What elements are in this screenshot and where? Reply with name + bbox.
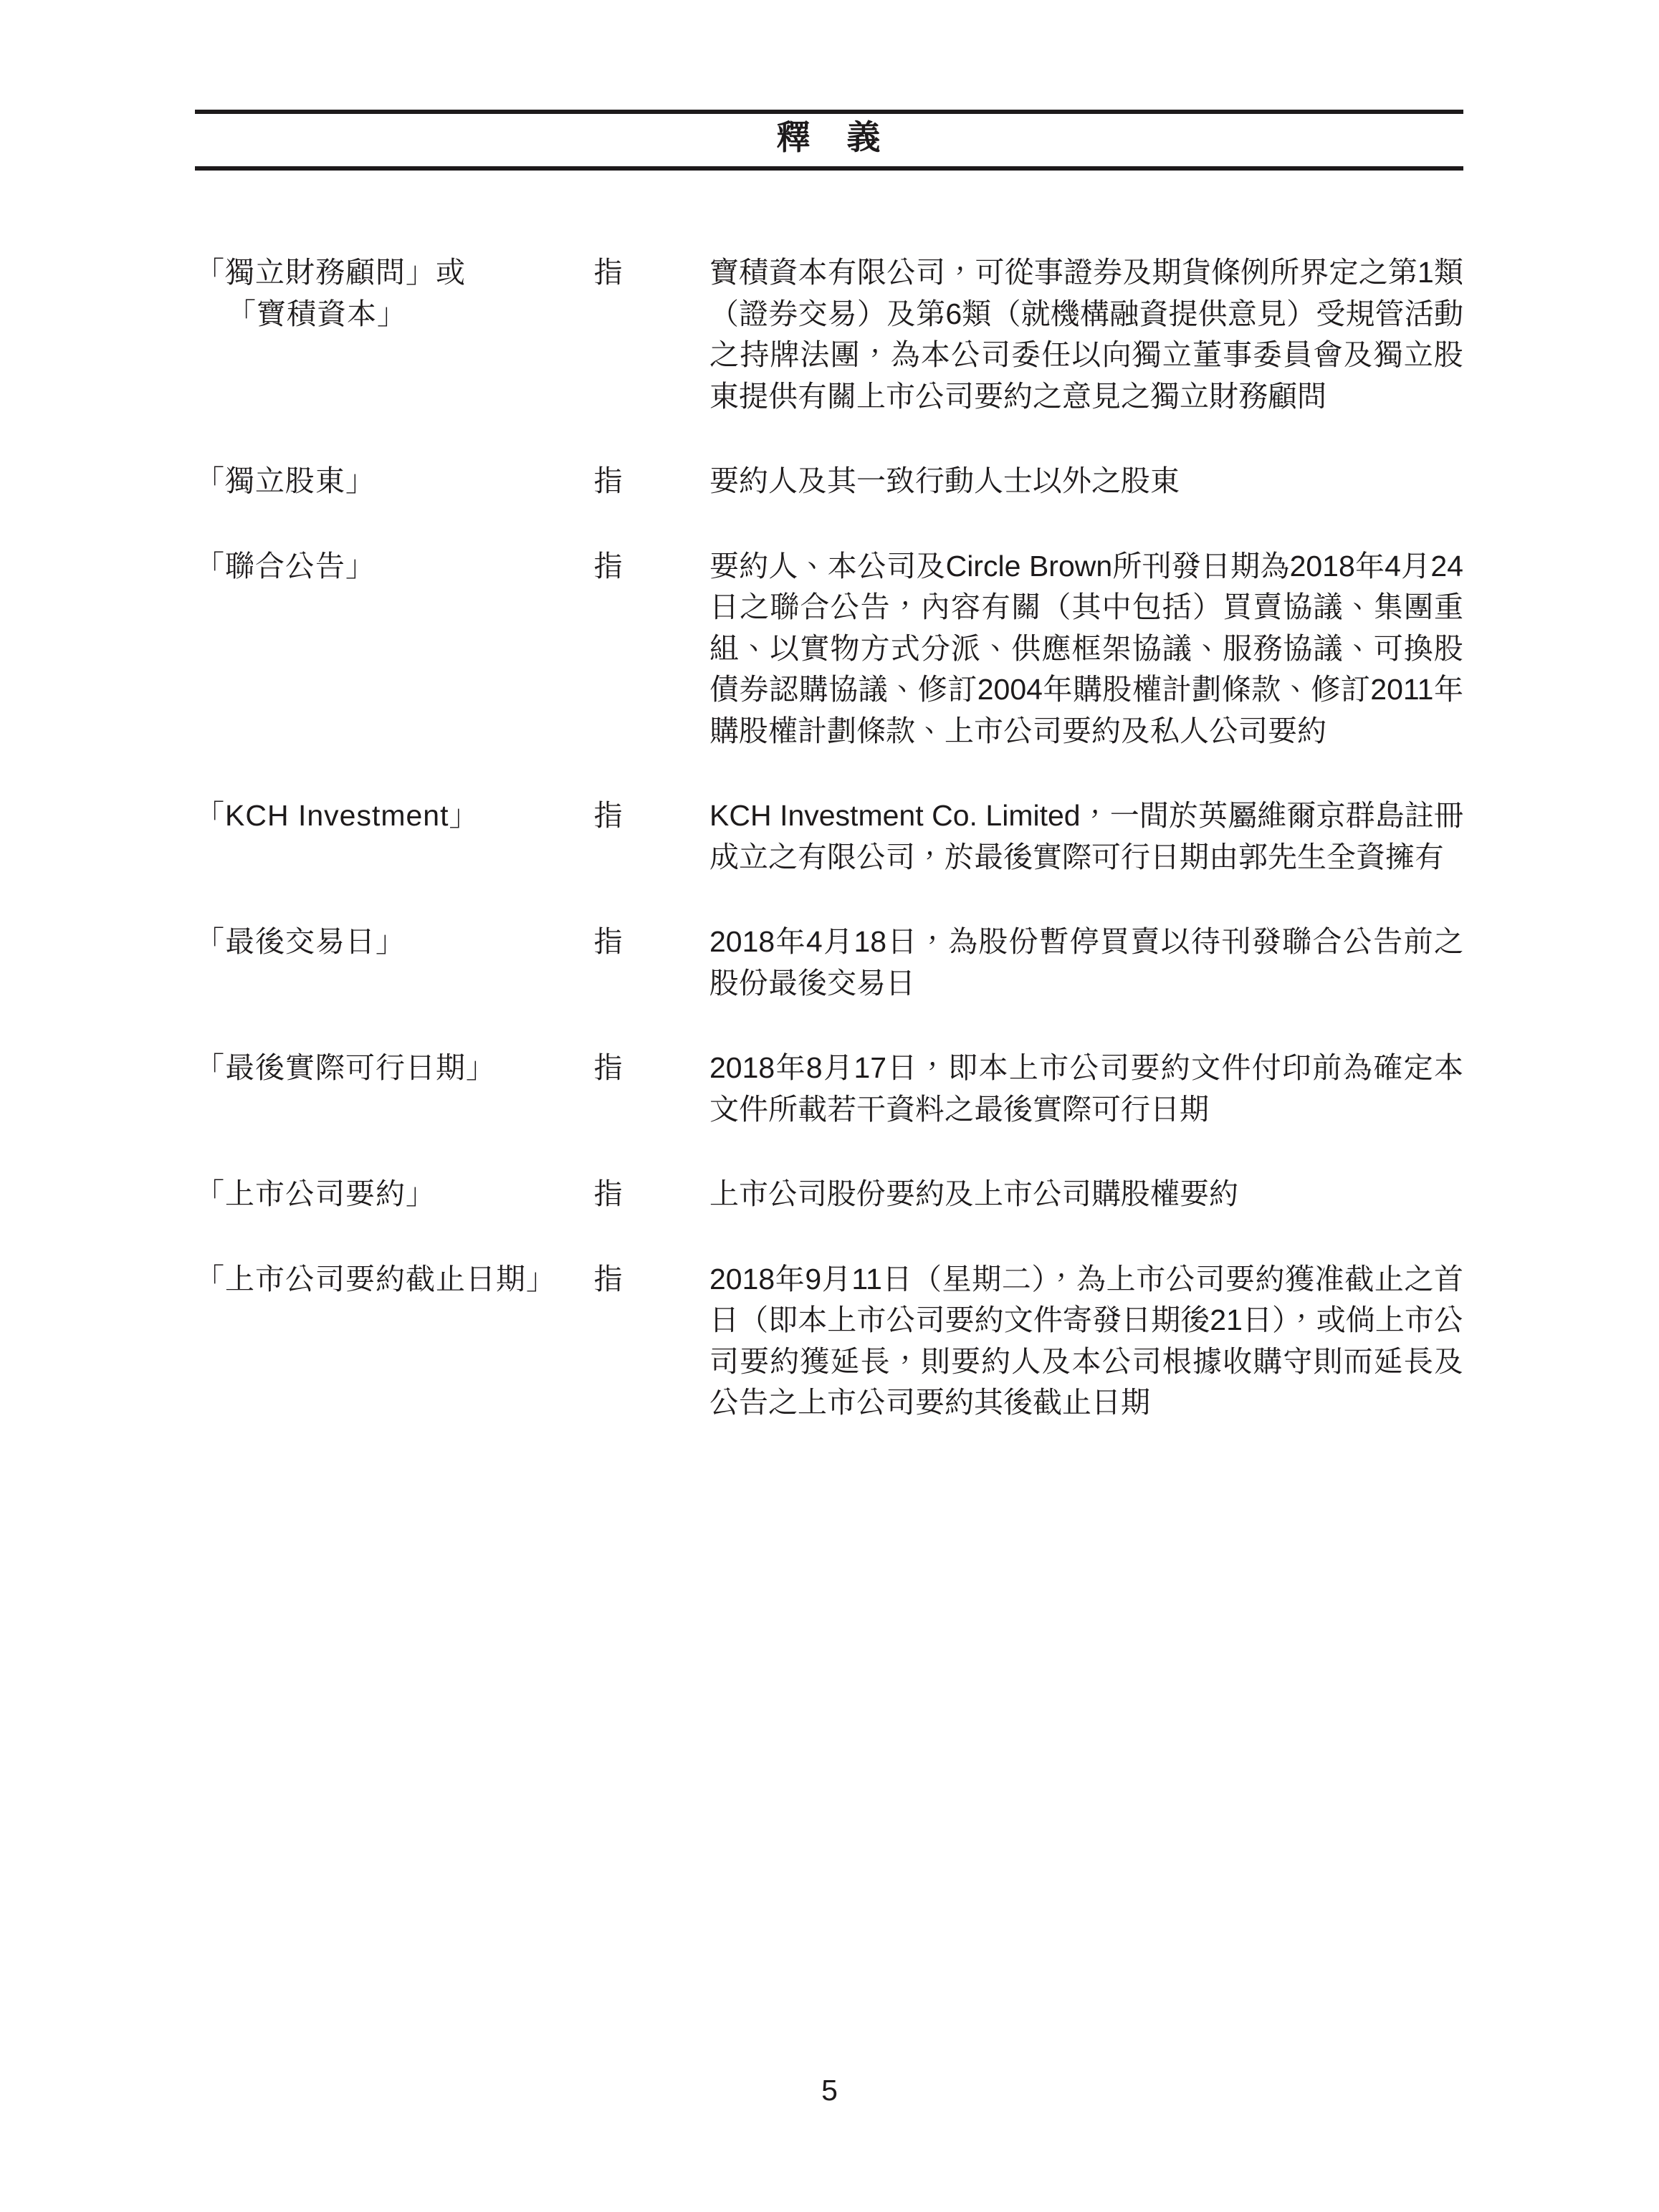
definition-term: 「獨立股東」 [195, 461, 593, 502]
definition-row: 「最後交易日」 指 2018年4月18日，為股份暫停買賣以待刊發聯合公告前之股份… [195, 921, 1463, 1004]
definition-indicator: 指 [593, 1174, 709, 1215]
definition-term: 「最後交易日」 [195, 921, 593, 963]
page-title: 釋 義 [195, 119, 1463, 156]
definition-row: 「KCH Investment」 指 KCH Investment Co. Li… [195, 795, 1463, 878]
document-page: 釋 義 「獨立財務顧問」或 「寶積資本」 指 寶積資本有限公司，可從事證券及期貨… [0, 0, 1659, 2212]
definition-term: 「上市公司要約截止日期」 [195, 1259, 593, 1301]
definition-list: 「獨立財務顧問」或 「寶積資本」 指 寶積資本有限公司，可從事證券及期貨條例所界… [195, 252, 1463, 1468]
definition-term: 「KCH Investment」 [195, 795, 593, 837]
definition-indicator: 指 [593, 1259, 709, 1301]
definition-term: 「最後實際可行日期」 [195, 1048, 593, 1089]
definition-indicator: 指 [593, 795, 709, 837]
definition-indicator: 指 [593, 461, 709, 502]
definition-row: 「上市公司要約」 指 上市公司股份要約及上市公司購股權要約 [195, 1174, 1463, 1215]
definition-text: 要約人、本公司及Circle Brown所刊發日期為2018年4月24日之聯合公… [709, 546, 1463, 752]
definition-row: 「獨立財務顧問」或 「寶積資本」 指 寶積資本有限公司，可從事證券及期貨條例所界… [195, 252, 1463, 417]
definition-text: 2018年9月11日（星期二），為上市公司要約獲准截止之首日（即本上市公司要約文… [709, 1259, 1463, 1424]
definition-row: 「聯合公告」 指 要約人、本公司及Circle Brown所刊發日期為2018年… [195, 546, 1463, 752]
definition-indicator: 指 [593, 1048, 709, 1089]
definition-text: 2018年4月18日，為股份暫停買賣以待刊發聯合公告前之股份最後交易日 [709, 921, 1463, 1004]
definition-text: 寶積資本有限公司，可從事證券及期貨條例所界定之第1類（證券交易）及第6類（就機構… [709, 252, 1463, 417]
definition-text: KCH Investment Co. Limited，一間於英屬維爾京群島註冊成… [709, 795, 1463, 878]
page-number: 5 [0, 2073, 1659, 2107]
definition-indicator: 指 [593, 252, 709, 294]
definition-text: 上市公司股份要約及上市公司購股權要約 [709, 1174, 1463, 1215]
definition-indicator: 指 [593, 546, 709, 588]
definition-term: 「上市公司要約」 [195, 1174, 593, 1215]
definition-text: 2018年8月17日，即本上市公司要約文件付印前為確定本文件所載若干資料之最後實… [709, 1048, 1463, 1130]
definition-row: 「上市公司要約截止日期」 指 2018年9月11日（星期二），為上市公司要約獲准… [195, 1259, 1463, 1424]
definition-term: 「獨立財務顧問」或 「寶積資本」 [195, 252, 593, 335]
definition-text: 要約人及其一致行動人士以外之股東 [709, 461, 1463, 502]
definition-term: 「聯合公告」 [195, 546, 593, 588]
definition-row: 「最後實際可行日期」 指 2018年8月17日，即本上市公司要約文件付印前為確定… [195, 1048, 1463, 1130]
header-bottom-rule [195, 166, 1463, 171]
definition-indicator: 指 [593, 921, 709, 963]
header-top-rule [195, 110, 1463, 114]
definition-row: 「獨立股東」 指 要約人及其一致行動人士以外之股東 [195, 461, 1463, 502]
